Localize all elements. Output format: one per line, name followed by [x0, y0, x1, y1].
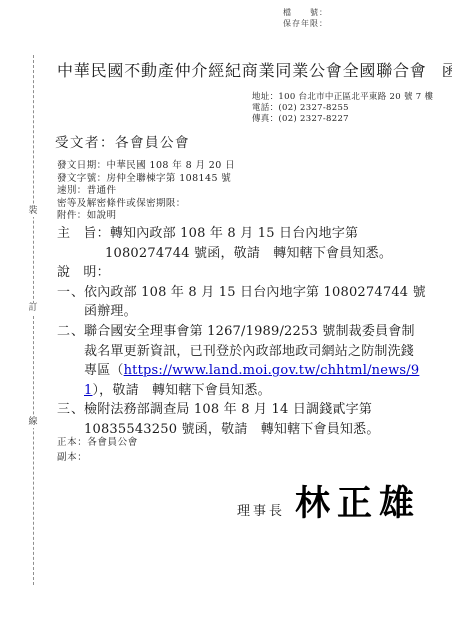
official-letter-page: 裝 訂 線 檔 號： 保存年限： 中華民國不動產仲介經紀商業同業公會全國聯合會函… — [0, 0, 452, 640]
fax-line: 傳真：(02) 2327-8227 — [252, 114, 433, 125]
copies-block: 正本：各會員公會 副本： — [57, 436, 138, 466]
item-number: 二、 — [57, 322, 84, 400]
item-number: 一、 — [57, 283, 84, 322]
item-text: 聯合國安全理事會第 1267/1989/2253 號制裁委員會制裁名單更新資訊，… — [84, 322, 427, 400]
binding-mark-xian: 線 — [26, 417, 40, 428]
address-line: 地址：100 台北市中正區北平東路 20 號 7 樓 — [252, 92, 433, 103]
explanation-item-3: 三、 檢附法務部調查局 108 年 8 月 14 日調錢貳字第 10835543… — [57, 400, 427, 439]
item-text: 依內政部 108 年 8 月 15 日台內地字第 1080274744 號函辦理… — [84, 283, 427, 322]
retention-period-label: 保存年限： — [283, 18, 328, 29]
subject-label: 主 旨： — [57, 226, 110, 241]
signature-block: 理事長 林正雄 — [237, 476, 421, 526]
explanation-item-1: 一、 依內政部 108 年 8 月 15 日台內地字第 1080274744 號… — [57, 283, 427, 322]
letter-body: 主 旨：轉知內政部 108 年 8 月 15 日台內地字第 1080274744… — [57, 224, 427, 440]
contact-block: 地址：100 台北市中正區北平東路 20 號 7 樓 電話：(02) 2327-… — [252, 92, 433, 124]
original-copy-line: 正本：各會員公會 — [57, 436, 138, 451]
recipient-label: 受文者： — [55, 135, 115, 151]
doc-type-label: 函 — [442, 61, 452, 80]
file-number-block: 檔 號： 保存年限： — [283, 7, 328, 29]
issue-date-line: 發文日期：中華民國 108 年 8 月 20 日 — [57, 160, 235, 173]
org-name: 中華民國不動產仲介經紀商業同業公會全國聯合會 — [57, 61, 427, 80]
binding-mark-ding: 訂 — [26, 303, 40, 314]
document-title: 中華民國不動產仲介經紀商業同業公會全國聯合會函 — [57, 58, 437, 81]
explanation-label: 說 明： — [57, 263, 427, 283]
security-line: 密等及解密條件或保密期限： — [57, 198, 235, 211]
phone-line: 電話：(02) 2327-8255 — [252, 103, 433, 114]
signer-name: 林正雄 — [295, 476, 421, 526]
doc-number-line: 發文字號：房仲全聯棟字第 108145 號 — [57, 173, 235, 186]
file-number-label: 檔 號： — [283, 7, 328, 18]
item-text: 檢附法務部調查局 108 年 8 月 14 日調錢貳字第 10835543250… — [84, 400, 427, 439]
subject-line: 主 旨：轉知內政部 108 年 8 月 15 日台內地字第 1080274744… — [57, 224, 427, 263]
signer-title: 理事長 — [237, 500, 285, 519]
item-number: 三、 — [57, 400, 84, 439]
subject-text: 轉知內政部 108 年 8 月 15 日台內地字第 1080274744 號函，… — [105, 226, 392, 261]
speed-line: 速別：普通件 — [57, 185, 235, 198]
meta-block: 發文日期：中華民國 108 年 8 月 20 日 發文字號：房仲全聯棟字第 10… — [57, 160, 235, 223]
item-text-post: ），敬請 轉知轄下會員知悉。 — [92, 383, 270, 398]
binding-mark-zhuang: 裝 — [26, 206, 40, 217]
explanation-item-2: 二、 聯合國安全理事會第 1267/1989/2253 號制裁委員會制裁名單更新… — [57, 322, 427, 400]
recipient-line: 受文者：各會員公會 — [55, 131, 190, 151]
binding-line — [33, 55, 34, 585]
cc-copy-line: 副本： — [57, 451, 138, 466]
attachment-line: 附件：如說明 — [57, 210, 235, 223]
recipient-value: 各會員公會 — [115, 135, 190, 151]
